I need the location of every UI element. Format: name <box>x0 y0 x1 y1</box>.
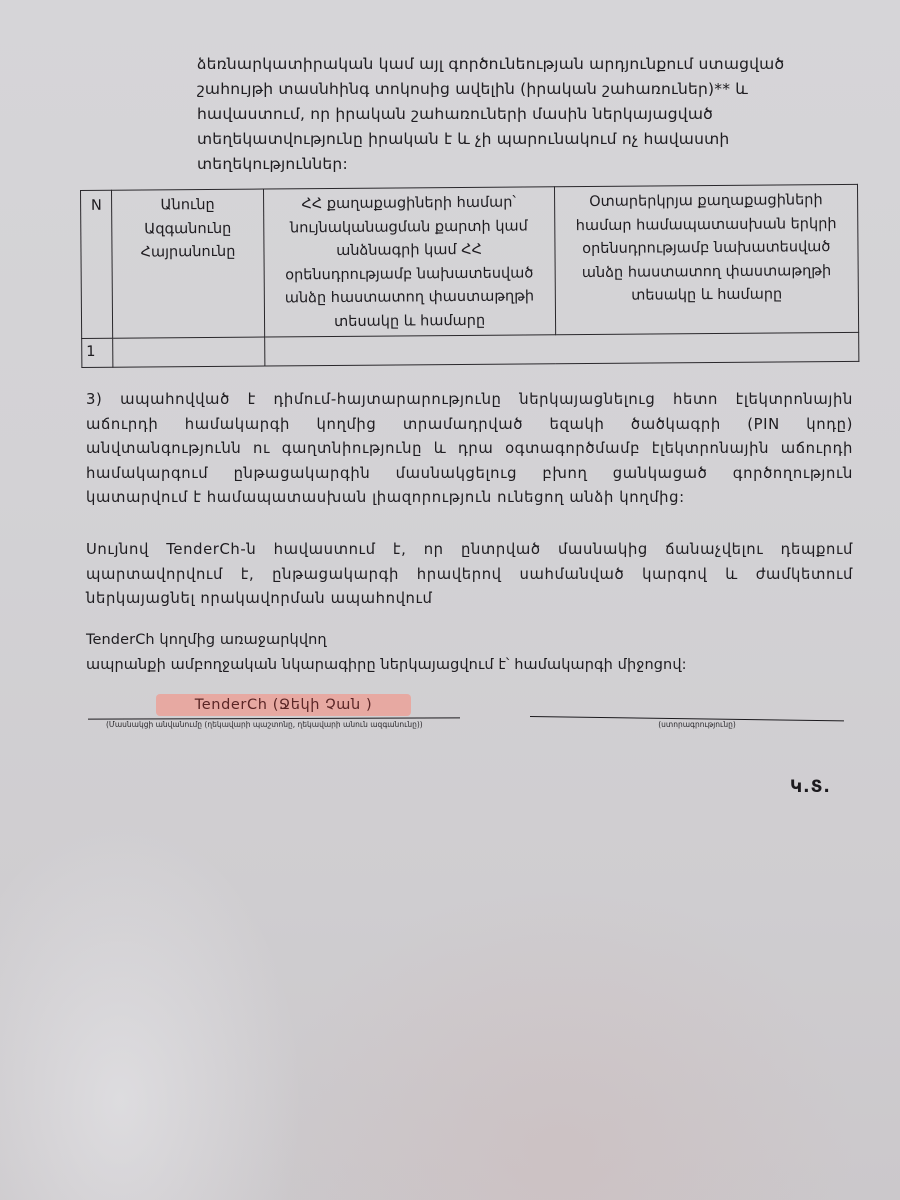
paragraph-line: պարտավորվում է, ընթացակարգի հրավերով սահ… <box>86 563 853 588</box>
header-line: անձը հաստատող փաստաթղթի <box>559 259 854 285</box>
row-number: 1 <box>82 338 114 367</box>
participant-caption: (Մասնակցի անվանումը (ղեկավարի պաշտոնը, ղ… <box>106 720 460 729</box>
participant-signature-block: TenderCh (Ջեկի Չան ) (Մասնակցի անվանումը… <box>88 694 460 729</box>
paragraph-line: անվտանգությունն ու գաղտնիությունը և դրա … <box>86 437 853 462</box>
header-line: համար համապատասխան երկրի <box>559 212 854 238</box>
header-line: անձը հաստատող փաստաթղթի <box>268 285 550 311</box>
header-line: տեսակը և համարը <box>559 283 854 309</box>
row-name-cell <box>113 337 264 367</box>
header-line: անձնագրի կամ ՀՀ <box>268 238 550 264</box>
intro-line: հավաստում, որ իրական շահառուների մասին ն… <box>197 102 837 127</box>
header-line: ՀՀ քաղաքացիների համար՝ <box>268 191 550 217</box>
paragraph-4-qualification-guarantee: Սույնով TenderCh-ն հավաստում է, որ ընտրվ… <box>86 538 853 612</box>
header-foreign-citizens-document: Օտարերկրյա քաղաքացիների համար համապատասխ… <box>554 184 858 334</box>
header-name: Անունը Ազգանունը Հայրանունը <box>112 189 264 338</box>
paragraph-line: ապրանքի ամբողջական նկարագիրը ներկայացվու… <box>86 653 853 678</box>
intro-line: շահույթի տասնհինգ տոկոսից ավելին (իրական… <box>197 77 837 102</box>
row-document-cell <box>264 332 859 365</box>
table-header-row: N Անունը Ազգանունը Հայրանունը ՀՀ քաղաքաց… <box>81 184 859 338</box>
paragraph-line: կատարվում է համապատասխան լիազորություն ո… <box>86 486 853 511</box>
intro-paragraph: ձեռնարկատիրական կամ այլ գործունեության ա… <box>197 52 837 177</box>
header-line: նույնականացման քարտի կամ <box>268 215 550 241</box>
intro-line: տեղեկատվությունը իրական է և չի պարունակո… <box>197 127 837 152</box>
paragraph-line: 3) ապահովված է դիմում-հայտարարությունը ն… <box>86 388 853 413</box>
intro-line: տեղեկություններ: <box>197 152 837 177</box>
header-armenian-citizens-document: ՀՀ քաղաքացիների համար՝ նույնականացման քա… <box>263 187 555 337</box>
document-page: ձեռնարկատիրական կամ այլ գործունեության ա… <box>0 0 900 1200</box>
paragraph-line: ներկայացնել որակավորման ապահովում <box>86 587 853 612</box>
beneficiaries-table: N Անունը Ազգանունը Հայրանունը ՀՀ քաղաքաց… <box>80 184 859 368</box>
signature-block: (ստորագրությունը) <box>530 716 844 729</box>
header-line: Անունը <box>116 194 258 219</box>
header-line: օրենսդրությամբ նախատեսված <box>559 236 854 262</box>
paragraph-line: TenderCh կողմից առաջարկվող <box>86 628 853 653</box>
stamp-place-label: Կ.Տ. <box>790 777 831 797</box>
paragraph-3-pin-security: 3) ապահովված է դիմում-հայտարարությունը ն… <box>86 388 853 511</box>
header-line: օրենսդրությամբ նախատեսված <box>268 262 550 288</box>
header-line: Հայրանունը <box>117 241 259 266</box>
table-row: 1 <box>82 332 859 367</box>
header-n: N <box>81 190 114 338</box>
header-line: Օտարերկրյա քաղաքացիների <box>559 189 854 215</box>
header-line: Ազգանունը <box>117 217 259 242</box>
paragraph-line: աճուրդի համակարգի կողմից տրամադրված եզակ… <box>86 413 853 438</box>
intro-line: ձեռնարկատիրական կամ այլ գործունեության ա… <box>197 52 837 77</box>
participant-name-highlighted: TenderCh (Ջեկի Չան ) <box>156 694 411 716</box>
signature-caption: (ստորագրությունը) <box>550 720 844 729</box>
paragraph-line: համակարգում ընթացակարգին մասնակցելուց բխ… <box>86 462 853 487</box>
paragraph-5-product-description: TenderCh կողմից առաջարկվող ապրանքի ամբող… <box>86 628 853 677</box>
header-line: տեսակը և համարը <box>269 309 551 335</box>
paragraph-line: Սույնով TenderCh-ն հավաստում է, որ ընտրվ… <box>86 538 853 563</box>
